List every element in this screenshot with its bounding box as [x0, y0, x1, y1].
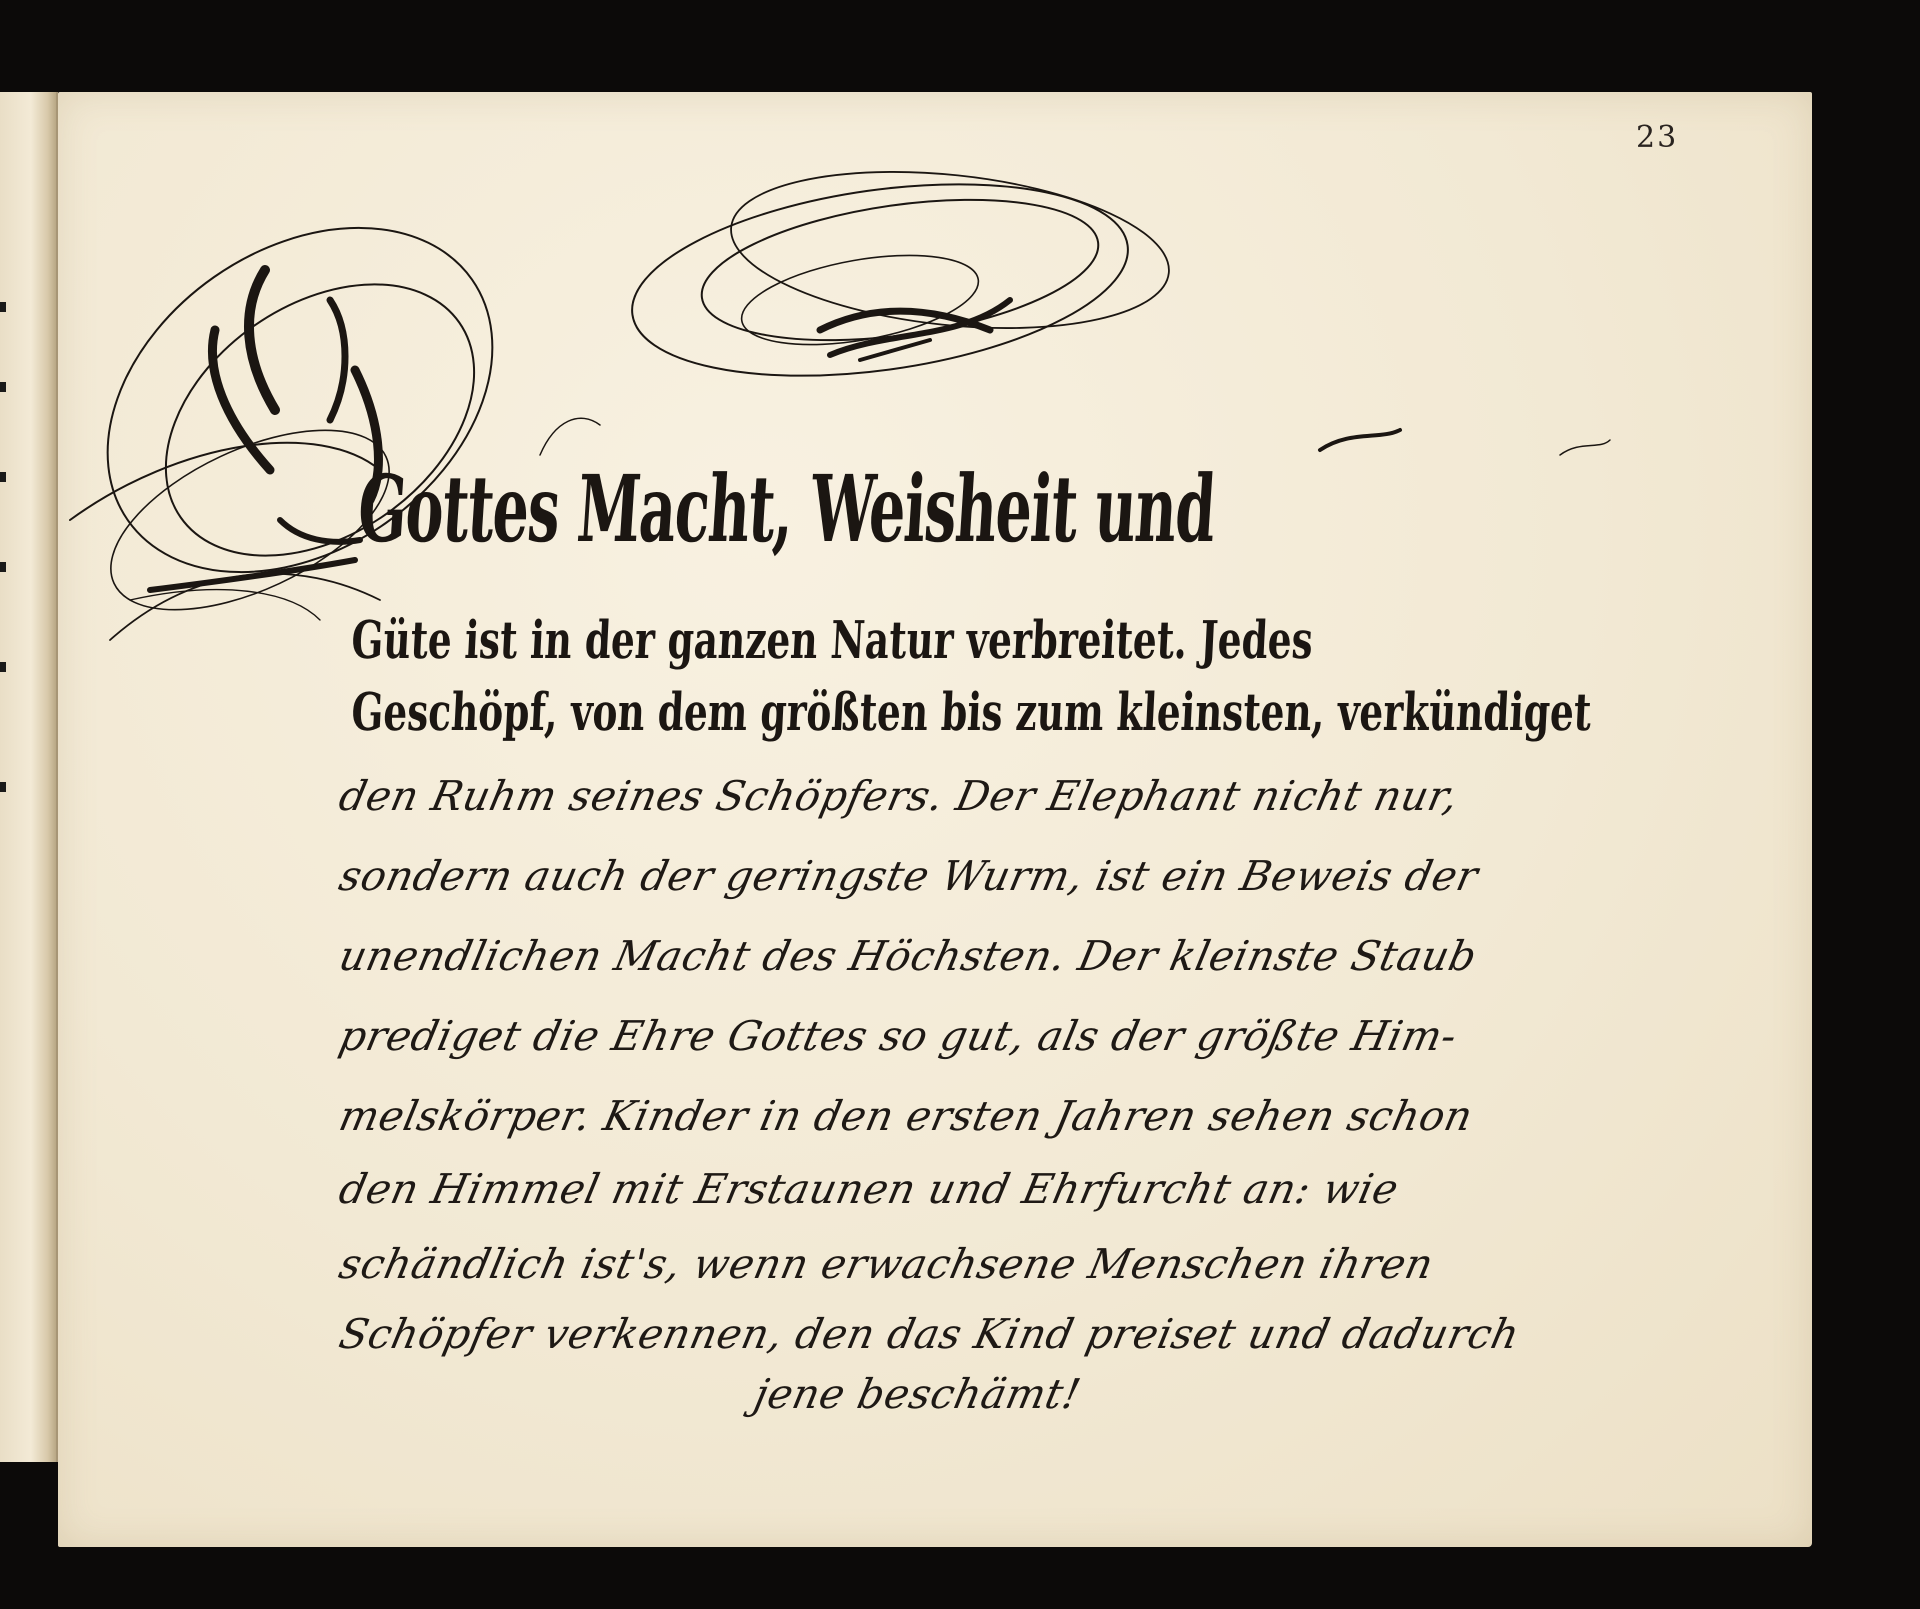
script-line: den Ruhm seines Schöpfers. Der Elephant …	[335, 772, 1463, 820]
page-number: 23	[1636, 120, 1678, 155]
fraktur-line: Geschöpf, von dem größten bis zum kleins…	[350, 682, 1593, 743]
edge-mark	[0, 662, 6, 672]
script-line: Schöpfer verkennen, den das Kind preiset…	[335, 1310, 1524, 1358]
adjacent-page-edge	[0, 92, 58, 1462]
script-line-closing: jene beschämt!	[750, 1370, 1085, 1418]
edge-mark	[0, 562, 6, 572]
edge-mark	[0, 302, 6, 312]
script-line: den Himmel mit Erstaunen und Ehrfurcht a…	[335, 1165, 1403, 1213]
edge-mark	[0, 472, 6, 482]
script-line: schändlich ist's, wenn erwachsene Mensch…	[335, 1240, 1438, 1288]
fraktur-line: Güte ist in der ganzen Natur verbreitet.…	[350, 610, 1314, 671]
script-line: prediget die Ehre Gottes so gut, als der…	[335, 1012, 1461, 1060]
edge-mark	[0, 382, 6, 392]
edge-mark	[0, 782, 6, 792]
script-line: melskörper. Kinder in den ersten Jahren …	[335, 1092, 1477, 1140]
script-line: sondern auch der geringste Wurm, ist ein…	[335, 852, 1482, 900]
script-line: unendlichen Macht des Höchsten. Der klei…	[335, 932, 1481, 980]
heading-line: Gottes Macht, Weisheit und	[355, 455, 1218, 563]
